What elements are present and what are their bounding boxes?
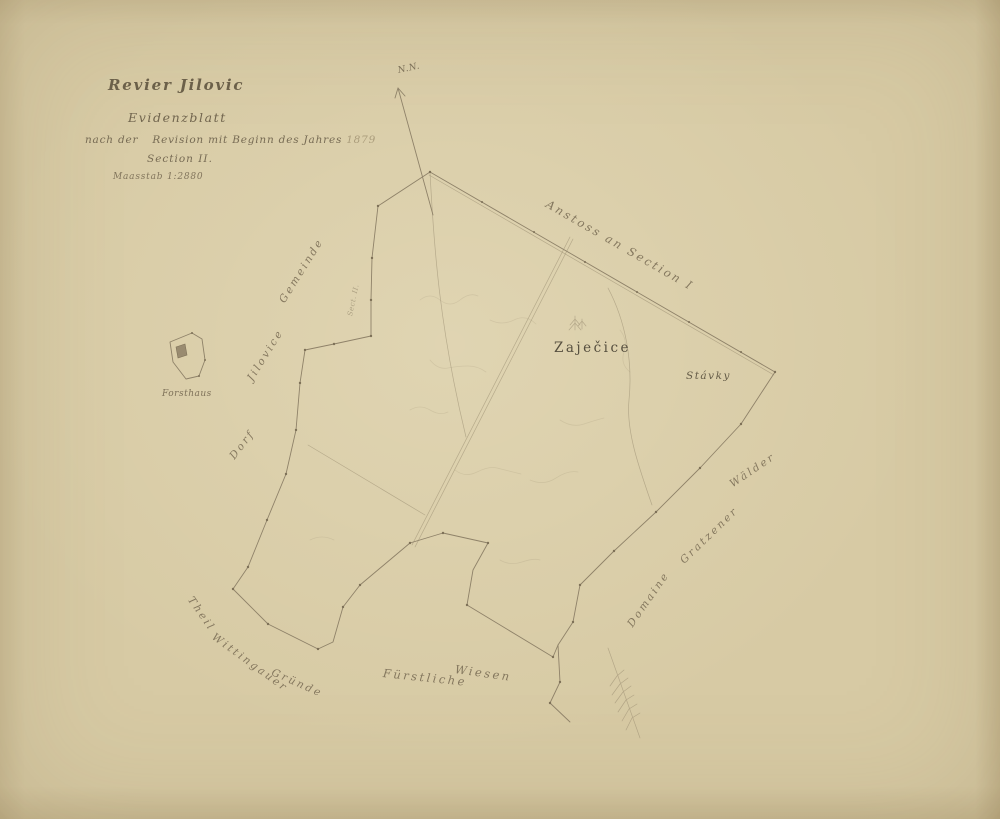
scanned-map-sheet: Revier Jilovic Evidenzblatt nach derRevi…: [0, 0, 1000, 819]
interior-meander-line: [608, 288, 652, 505]
interior-line-north: [430, 172, 466, 437]
road-line: [412, 237, 570, 545]
scale-label: Maasstab 1:2880: [113, 172, 203, 182]
map-subtitle: Evidenzblatt: [128, 110, 227, 125]
tree-symbol: [569, 316, 586, 330]
revision-line: nach derRevision mit Beginn des Jahres18…: [85, 134, 376, 146]
section-label: Section II.: [147, 153, 213, 165]
place-zajecice: Zaječice: [554, 340, 631, 356]
interior-line-southwest: [308, 445, 425, 515]
north-arrow: [395, 88, 433, 215]
revision-text: Revision mit Beginn des Jahres: [152, 134, 342, 146]
terrain-sketch: [310, 295, 630, 564]
forsthaus-label: Forsthaus: [162, 389, 212, 399]
forsthaus-plot: [170, 332, 206, 379]
place-stavky: Stávky: [686, 370, 731, 382]
revision-year: 1879: [346, 134, 376, 146]
revision-prefix: nach der: [85, 134, 138, 146]
map-title: Revier Jilovic: [108, 76, 244, 94]
feather-mark: [608, 648, 640, 738]
